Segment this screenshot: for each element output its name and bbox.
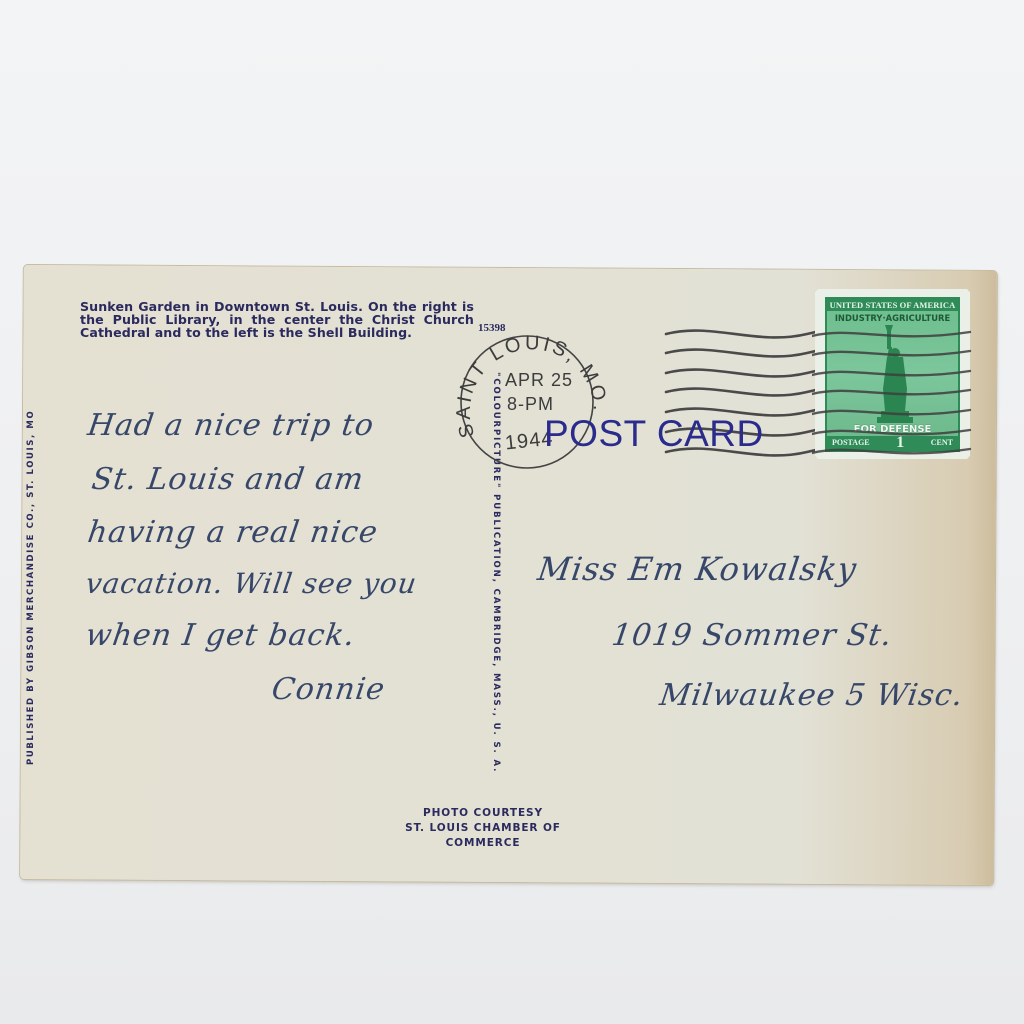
- address-city: Milwaukee 5 Wisc.: [658, 678, 966, 713]
- postmark-date: APR 25: [505, 370, 573, 391]
- message-line: vacation. Will see you: [84, 567, 420, 600]
- photo-credit-line: PHOTO COURTESY: [400, 806, 566, 821]
- photo-credit: PHOTO COURTESY ST. LOUIS CHAMBER OF COMM…: [400, 806, 566, 851]
- photo-credit-line: COMMERCE: [400, 836, 566, 851]
- address-street: 1019 Sommer St.: [610, 618, 895, 653]
- message-line: St. Louis and am: [90, 462, 367, 497]
- postcard-caption: Sunken Garden in Downtown St. Louis. On …: [80, 300, 474, 339]
- stamp-cancellation-lines-icon: [812, 322, 972, 462]
- address-name: Miss Em Kowalsky: [535, 550, 859, 588]
- message-signature: Connie: [270, 672, 388, 707]
- post-card-title: POST CARD: [544, 413, 764, 455]
- message-line: when I get back.: [84, 618, 358, 653]
- publisher-line: PUBLISHED BY GIBSON MERCHANDISE CO., ST.…: [26, 365, 36, 765]
- message-line: Had a nice trip to: [86, 408, 377, 443]
- message-line: having a real nice: [86, 515, 381, 550]
- stamp-country: UNITED STATES OF AMERICA: [827, 299, 958, 311]
- postmark-time: 8-PM: [507, 394, 554, 415]
- postmark: SAINT LOUIS, MO. APR 25 8-PM 1944: [447, 330, 607, 485]
- photo-credit-line: ST. LOUIS CHAMBER OF: [400, 821, 566, 836]
